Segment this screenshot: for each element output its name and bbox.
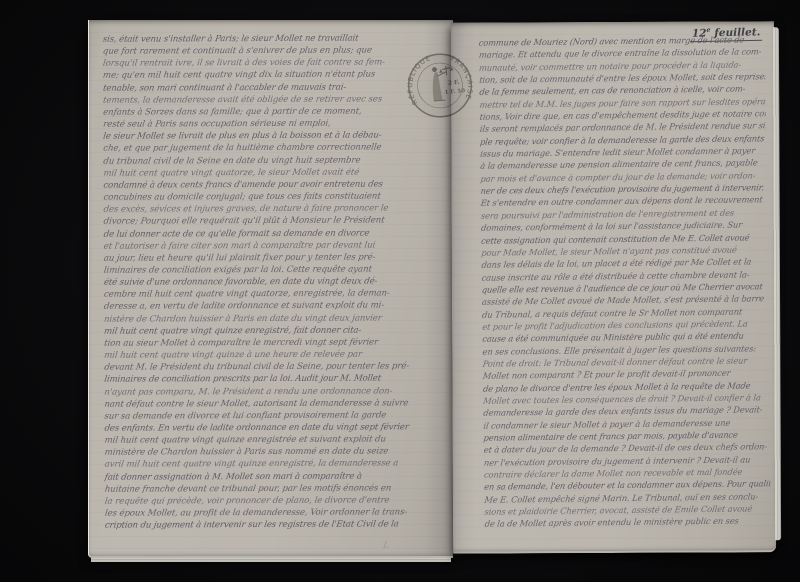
pencil-margin-mark: L — [382, 541, 390, 551]
handwritten-line: tenable, son mari continuant à l'accable… — [102, 81, 418, 95]
handwritten-line: me; qu'en mil huit cent quatre vingt dix… — [102, 69, 418, 83]
page-edge-stack-bottom — [91, 558, 451, 562]
handwritten-line: n'ayant pas comparu, M. le Président a r… — [103, 385, 418, 399]
handwritten-line: de la de Mollet après avoir entendu le m… — [484, 515, 771, 531]
handwritten-line: divorce; Pourquoi elle requérait qu'il p… — [103, 215, 418, 229]
folio-ordinal-suffix: e — [706, 26, 710, 34]
handwritten-line: cription du jugement à intervenir sur le… — [104, 519, 418, 533]
stamp-denomination-top: 2 F. — [448, 80, 460, 87]
handwritten-line: che, et que par jugement de la huitième … — [102, 142, 418, 156]
stamp-outer-ring — [406, 52, 474, 120]
republique-francaise-fiscal-stamp-seal: RÉPUBLIQUE FRANÇAISE 2 F. 1 F. 50 — [403, 47, 477, 124]
page-right: 12e feuillet. commune de Mouriez (Nord) … — [451, 21, 776, 553]
right-page-text-column: commune de Mouriez (Nord) avec mention e… — [478, 33, 771, 546]
handwritten-line: du tribunal civil de la Seine en date du… — [102, 154, 418, 168]
handwritten-line: de lui donner acte de ce qu'elle formait… — [103, 227, 418, 241]
handwritten-line: fait donner assignation à M. Mollet son … — [104, 470, 418, 484]
page-edge-stack-right — [773, 27, 781, 540]
handwritten-line: nistère de Chardon huissier à Paris en d… — [103, 312, 418, 326]
handwritten-line: deresse a, en vertu de ladite ordonnance… — [103, 300, 418, 314]
handwritten-line: et l'autoriser à faire citer son mari à … — [103, 239, 418, 253]
left-page-text-column: sis, était venu s'installer à Paris; le … — [102, 32, 418, 543]
page-left: sis, était venu s'installer à Paris; le … — [88, 20, 453, 558]
handwritten-line: liminaires de conciliation prescrits par… — [103, 373, 418, 387]
scanned-register-spread: sis, était venu s'installer à Paris; le … — [0, 0, 800, 582]
handwritten-line: avril mil huit cent quatre vingt quinze … — [104, 458, 418, 472]
handwritten-line: nant défaut contre le sieur Mollet, auto… — [104, 397, 419, 411]
